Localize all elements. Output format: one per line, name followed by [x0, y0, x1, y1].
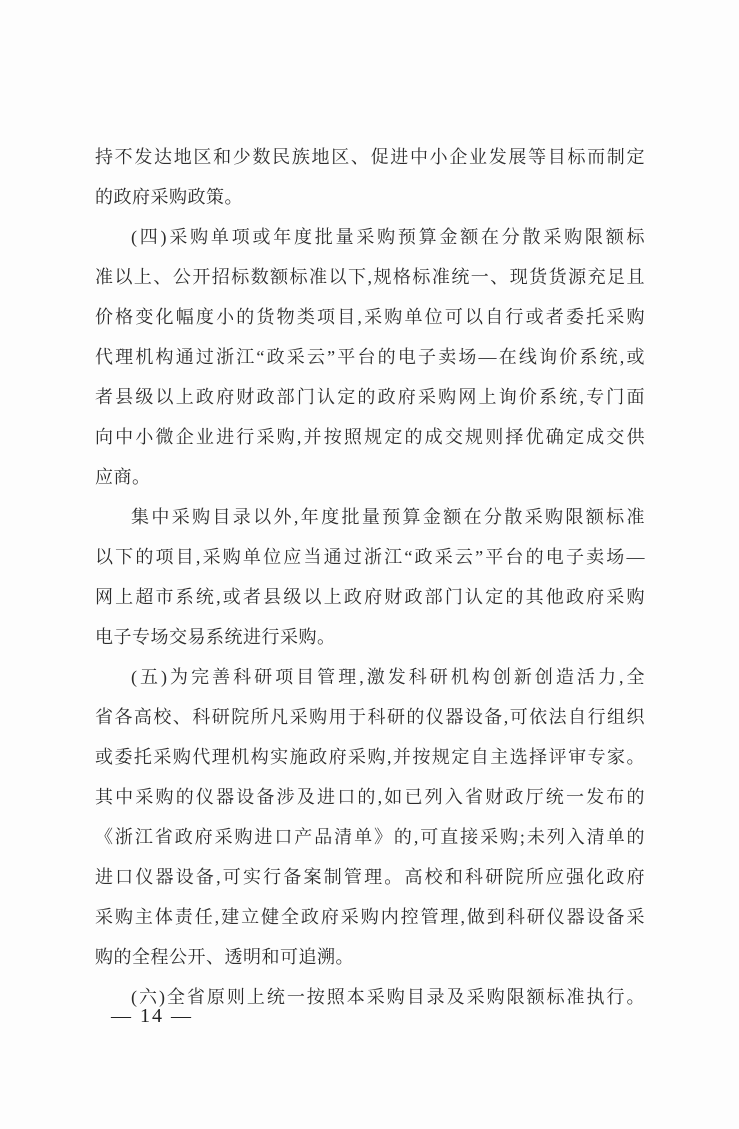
- text-line: 者县级以上政府财政部门认定的政府采购网上询价系统,专门面: [95, 377, 645, 417]
- document-page: 持不发达地区和少数民族地区、促进中小企业发展等目标而制定 的政府采购政策。 (四…: [0, 0, 739, 1129]
- text-line: 的政府采购政策。: [95, 177, 645, 217]
- text-line: 应商。: [95, 457, 645, 497]
- text-line: 价格变化幅度小的货物类项目,采购单位可以自行或者委托采购: [95, 297, 645, 337]
- text-line: 代理机构通过浙江“政采云”平台的电子卖场—在线询价系统,或: [95, 337, 645, 377]
- text-line: 其中采购的仪器设备涉及进口的,如已列入省财政厅统一发布的: [95, 777, 645, 817]
- text-line: 《浙江省政府采购进口产品清单》的,可直接采购;未列入清单的: [95, 817, 645, 857]
- text-line: 准以上、公开招标数额标准以下,规格标准统一、现货货源充足且: [95, 257, 645, 297]
- text-line: (四)采购单项或年度批量采购预算金额在分散采购限额标: [95, 217, 645, 257]
- text-line: 进口仪器设备,可实行备案制管理。高校和科研院所应强化政府: [95, 857, 645, 897]
- text-line: 采购主体责任,建立健全政府采购内控管理,做到科研仪器设备采: [95, 897, 645, 937]
- text-line: 持不发达地区和少数民族地区、促进中小企业发展等目标而制定: [95, 137, 645, 177]
- text-line: 省各高校、科研院所凡采购用于科研的仪器设备,可依法自行组织: [95, 697, 645, 737]
- text-line: (五)为完善科研项目管理,激发科研机构创新创造活力,全: [95, 657, 645, 697]
- text-line: 购的全程公开、透明和可追溯。: [95, 937, 645, 977]
- text-line: 集中采购目录以外,年度批量预算金额在分散采购限额标准: [95, 497, 645, 537]
- text-line: 网上超市系统,或者县级以上政府财政部门认定的其他政府采购: [95, 577, 645, 617]
- text-line: 或委托采购代理机构实施政府采购,并按规定自主选择评审专家。: [95, 737, 645, 777]
- page-number: — 14 —: [111, 1001, 193, 1031]
- document-body: 持不发达地区和少数民族地区、促进中小企业发展等目标而制定 的政府采购政策。 (四…: [95, 137, 645, 1017]
- text-line: 电子专场交易系统进行采购。: [95, 617, 645, 657]
- text-line: 向中小微企业进行采购,并按照规定的成交规则择优确定成交供: [95, 417, 645, 457]
- text-line: 以下的项目,采购单位应当通过浙江“政采云”平台的电子卖场—: [95, 537, 645, 577]
